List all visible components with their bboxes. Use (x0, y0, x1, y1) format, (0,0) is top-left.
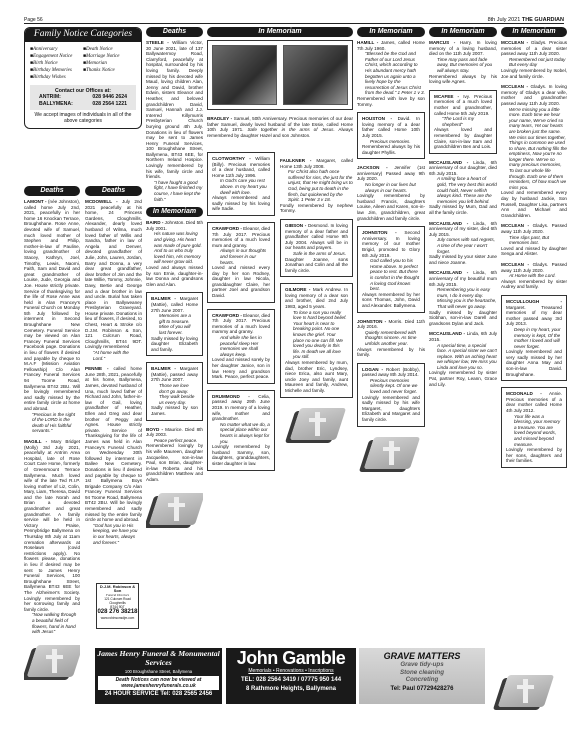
notice-signoff: Sadly missed by daughter Siobhan, son-in… (429, 310, 497, 326)
notice-mccausland-2: MCCAUSLAND - Linda, 6th anniversary of m… (429, 221, 497, 266)
notice-signoff: Loved and always missed by son Ernie, da… (146, 265, 203, 287)
ad-web: www.jameshenryfunerals.co.uk (99, 683, 218, 689)
category-item: Memorian (83, 60, 136, 67)
notice-magill: MAGILL - Mary Bridget (Molly) 3rd July 2… (24, 439, 80, 635)
notice-mcclean-3: MCCLEAN - Gladys. Passed away 11th July … (501, 223, 567, 257)
family-notice-categories: Family Notice Categories Anniversary Dea… (24, 27, 142, 129)
notice-verse: "At home with the Lord." (85, 350, 142, 361)
notice-verse: "Now walking through a beautiful field o… (24, 612, 80, 634)
section-banner-in-memoriam: In Memoriam (501, 27, 567, 37)
in-memoriam-column-5: In Memoriam HAMILL - James, called Home … (357, 27, 425, 639)
bible-icon (361, 433, 421, 475)
notice-verse: "God has you in His keeping, we have you… (85, 523, 142, 545)
notice-verse: Remembering you is easy mum, I do it eve… (429, 287, 497, 309)
notice-signoff: Loved and missed every day by her son Ro… (212, 265, 270, 298)
section-banner-in-memoriam: In Memoriam (357, 27, 425, 37)
notice-crawford-2: CRAWFORD - Eleanor, died 7th July 2017. … (207, 309, 275, 384)
notice-signoff: Always remembered and sadly missed by hi… (212, 195, 270, 211)
notice-gilmore: GILMORE - Mark Andrew. In loving memory … (280, 283, 353, 397)
notice-signoff: Lovingly remembered by sister Pat, partn… (429, 370, 497, 386)
notice-verse: A smiling face a heart of gold, The very… (429, 176, 497, 204)
publication-name: THE GUARDIAN (522, 17, 564, 23)
notice-jackson: JACKSON - Jennifer (1st anniversary) Pas… (357, 165, 425, 221)
notice-mccausland-4: MCCAUSLAND - Linda, 6th July 2015.A spec… (429, 331, 497, 387)
notice-verse: His nature was loving and giving. His he… (146, 231, 203, 265)
page-number: Page 56 (24, 17, 43, 23)
notice-name: BRADLEY - (207, 116, 232, 121)
ad-notice-box: Death Notices can now be viewed at www.j… (98, 676, 219, 690)
notice-signoff: Remembered lovingly by his wife Maureen,… (146, 443, 203, 482)
bible-icon (146, 489, 203, 531)
notice-signoff: Sadly missed by son James. (151, 405, 198, 416)
ad-service: Concreting (359, 676, 485, 684)
ad-john-gamble: John Gamble Memorials • Renovations • In… (226, 648, 356, 704)
notice-name: BALMER - (151, 366, 176, 371)
notice-faulkner: FAULKNER - Margaret, called Home 13th Ju… (280, 158, 353, 214)
notice-name: LOGAN - (362, 367, 383, 372)
section-banner-deaths: Deaths (146, 27, 203, 37)
ad-service: 24 HOUR SERVICE (105, 691, 159, 697)
notice-verse: And while she lies in peaceful sleep Her… (212, 335, 270, 357)
in-memoriam-column-6: In Memoriam MARCUS - Harry. In loving me… (429, 27, 497, 639)
notice-name: MCCLEAN - (501, 262, 529, 267)
notice-signoff: Lovingly remembered by husband Francis, … (357, 193, 425, 220)
notice-verse: No longer in our lives but always in our… (357, 182, 425, 193)
ad-james-henry: James Henry Funeral & Monumental Service… (95, 648, 222, 704)
notice-verse: No matter what we do, a special place wi… (212, 422, 270, 444)
in-memoriam-wide: In Memoriam BRADLEY - Samuel, 50th Anniv… (207, 27, 353, 143)
notice-name: MCCLEAN - (501, 40, 528, 45)
notice-name: BALMER - (151, 296, 176, 301)
notice-text: William Victor, 30 June 2021, late of 13… (146, 40, 203, 179)
ad-services: Memorials • Renovations • Inscriptions (226, 668, 356, 674)
column-1: Family Notice Categories Anniversary Dea… (24, 27, 142, 129)
ad-phone: Tel: 028 2565 2456 (160, 691, 212, 697)
notice-johnston-2: JOHNSTON - Morris. Died 11th July 2016.Q… (357, 319, 425, 358)
notice-verse: Safe together in the arms of Jesus. (247, 127, 334, 132)
notice-name: MCCAUSLAND - (429, 221, 468, 226)
notice-verse: July comes with sad regrets, A time of t… (429, 237, 497, 254)
notice-name: PENNIE - (85, 366, 109, 371)
notice-name: JOHNSTON - (357, 319, 386, 324)
fnc-title: Family Notice Categories (25, 28, 141, 42)
ad-service-line: 24 HOUR SERVICE Tel: 028 2565 2456 (95, 691, 222, 697)
notice-verse: "The Lord is my shepherd" (434, 116, 492, 127)
category-item: Marriage Notice (83, 53, 136, 60)
in-memoriam-column-4: CLOTWORTHY - William (Billy). Precious m… (207, 152, 275, 637)
category-item: Thanks Notice (83, 67, 136, 74)
ad-phone: TEL: 028 2564 3419 / 07775 950 144 (226, 676, 356, 685)
notice-signoff: Lovingly remembered by Isobel, Joe and f… (501, 68, 567, 79)
in-memoriam-column-4b: FAULKNER - Margaret, called Home 13th Ju… (280, 158, 353, 638)
ad-address: 8 Rathmore Heights, Ballymena (226, 685, 356, 694)
notice-signoff: Fondly remembered by nephew Tommy. (280, 203, 353, 214)
page-header: Page 56 8th July 2021 THE GUARDIAN (24, 10, 564, 24)
notice-signoff: Daughter Joanne, sons Jonathan and Colin… (285, 257, 348, 273)
in-memoriam-column-7: In Memoriam MCCLEAN - Gladys. Precious m… (501, 27, 567, 639)
category-item: Anniversary (30, 46, 83, 53)
notice-verse: "I have fought a good fight, I have fini… (146, 180, 203, 202)
notice-name: JOHNSTON - (362, 230, 397, 235)
notice-signoff: Loved and missed sorely by her daughter … (212, 357, 270, 379)
ad-grave-matters: GRAVE MATTERS Grave tidy-ups Stone clean… (359, 648, 485, 704)
section-banner-in-memoriam: In Memoriam (146, 207, 203, 217)
notice-text: (née Johnston), called home July 2nd, 20… (24, 199, 80, 411)
notice-signoff: Remembered with love by son Tommy. (357, 96, 425, 107)
notice-signoff: Always loved and remembered by daughter … (434, 127, 492, 149)
ad-title: GRAVE MATTERS (359, 651, 485, 661)
notice-text: July 2nd 2021 peacefully at his home, 24… (85, 199, 142, 349)
notice-baird: BAIRD - Johnston. Died 5th July 2001.His… (146, 220, 203, 287)
notice-signoff: Lovingly remembered by husband Sammy, so… (212, 444, 270, 466)
notice-name: MCCLEAN - (501, 84, 528, 89)
office-name: BALLYMENA: (39, 101, 73, 108)
fnc-note: We accept images of individuals in all o… (25, 112, 141, 124)
notice-verse: In God's care you rest above. In my hear… (212, 178, 270, 195)
notice-verse: Always in our thoughts and forever in ou… (212, 248, 270, 265)
notice-verse: Remembered not just today But every day (501, 57, 567, 68)
notice-mccullough: MCCULLOUGH - Margaret. Treasured memorie… (501, 295, 567, 381)
bradley-photos (207, 40, 353, 110)
notice-name: CLOTWORTHY - (212, 156, 251, 161)
notice-signoff: Loved and remembered every day by husban… (501, 190, 567, 217)
ad-service: Stone cleaning (359, 669, 485, 677)
notice-name: MCCAUSLAND - (429, 331, 465, 336)
notice-hamill: HAMILL - James, called Home 7th July 196… (357, 40, 425, 107)
section-banner-deaths: Deaths (85, 186, 142, 196)
notice-name: GIBSON - (285, 223, 306, 228)
notice-verse: For Christ also hath once suffered for s… (280, 169, 353, 203)
notice-signoff: Sadly missed by loving daughter Elizabet… (151, 336, 198, 352)
notice-balmer-1: BALMER - Margaret (Mattie), called Home … (146, 292, 203, 356)
deaths-column-1: Deaths LAMONT - (née Johnston), called h… (24, 186, 80, 689)
notice-name: BOYD - (146, 427, 163, 432)
bible-icon (495, 671, 555, 713)
notice-verse: Memories are a gift to treasure. Mine of… (151, 313, 198, 335)
notice-name: STEELE - (146, 40, 169, 45)
notice-text: Mary Bridget (Molly) 3rd July 2021, peac… (24, 439, 80, 612)
category-item: Birthday Wishes (30, 74, 83, 81)
notice-logan: LOGAN - Robert (Bobby), passed away 8th … (357, 363, 425, 427)
notice-name: MAGILL - (24, 439, 47, 444)
notice-name: CRAWFORD - (212, 313, 242, 318)
notice-verse: Those we love don't go away. They walk b… (151, 383, 198, 405)
notice-verse: Time may pass and fade away, But memorie… (429, 57, 497, 74)
notice-mcclean-2: MCCLEAN - Gladys. In loving memory of Gl… (501, 84, 567, 218)
notice-verse: Your life was a blessing, your memory a … (506, 414, 562, 448)
notice-mccausland-3: MCCAUSLAND - Linda, 6th anniversary of m… (429, 270, 497, 326)
ad-service: Grave tidy-ups (359, 661, 485, 669)
notice-mccausland-1: MCCAUSLAND - Linda, 6th anniversary of o… (429, 160, 497, 216)
office-phone: 028 2564 1221 (92, 101, 127, 108)
notice-name: HAMILL - (357, 40, 378, 45)
notice-verse: "Blessed be the God and Father of our Lo… (357, 51, 425, 96)
notice-name: LAMONT - (24, 199, 47, 204)
notice-mcafee: MCAFEE - Ivy. Precious memories of a muc… (429, 90, 497, 154)
notice-name: MCCAUSLAND - (429, 270, 468, 275)
notice-verse: To lose a son you really love Is hard be… (285, 310, 348, 360)
ad-djm-robinson: D.J.M. Robinson & Son Funeral Directors … (96, 583, 139, 629)
notice-name: DRUMMOND - (212, 394, 250, 399)
notice-houston: HOUSTON - David. In loving memory of a d… (357, 112, 425, 159)
notice-signoff: Remembered always by his loving wife Agn… (429, 74, 497, 85)
notice-pennie: PENNIE - called home June 28th, 2021, pe… (85, 366, 142, 545)
section-banner-deaths: Deaths (24, 186, 80, 196)
publication-info: 8th July 2021 THE GUARDIAN (488, 17, 564, 23)
notice-text: Margaret. Treasured memories of my dear … (506, 305, 562, 327)
notice-gibson: GIBSON - Desmond. In loving memory of a … (280, 219, 353, 277)
notice-signoff: Loved and missed by daughter Senga and A… (501, 246, 567, 257)
notice-name: MCDONALD - (506, 391, 542, 396)
notice-name: MARCUS - (429, 40, 455, 45)
notice-name: MCAFEE - (434, 94, 459, 99)
notice-verse: "Precious in the sight of the LORD is th… (24, 412, 80, 434)
notice-boyd: BOYD - Maurice. Died 8th July 2003.Peace… (146, 427, 203, 483)
ad-phone: 028 276 38218 (97, 609, 138, 616)
notice-verse: Quietly remembered with thoughts sincere… (357, 330, 425, 347)
notice-signoff: Sadly missed by Mum, Dad and all the fam… (429, 204, 497, 215)
notice-verse: God called you to his Home above. In per… (362, 258, 420, 292)
notice-name: MCCULLOUGH - (506, 299, 562, 304)
notice-name: MCCLEAN - (501, 223, 529, 228)
notice-mcdonald: MCDONALD - Annie. Precious memories of a… (501, 387, 567, 468)
notice-signoff: Remembered always by his daughter Phylli… (362, 144, 420, 155)
notice-drummond: DRUMMOND - Celia, passed away 29th June … (207, 390, 275, 471)
ad-web: www.robinsonsdjm.com (97, 616, 138, 620)
notice-bradley: BRADLEY - Samuel, 50th Anniversary. Prec… (207, 116, 353, 138)
notice-verse: Time slips past, But memories last. (501, 235, 567, 246)
notice-signoff: Lovingly remembered and sadly missed by … (362, 395, 420, 422)
notice-verse: A special time, a special face. A specia… (429, 343, 497, 371)
notice-signoff: Always remembered by her sons Thomas, Jo… (362, 292, 420, 308)
notice-signoff: Always remembered by sister Audrey and f… (501, 279, 567, 290)
notice-verse: We're missing you a little more. Each ti… (501, 107, 567, 191)
issue-date: 8th July 2021 (488, 17, 521, 23)
category-item: Engagement Notice (30, 53, 83, 60)
bible-icon (287, 404, 347, 446)
ad-address: 100 Broughshane Street, Ballymena (95, 669, 222, 674)
notice-verse: Deep in my heart, your memory is kept, O… (506, 327, 562, 349)
notice-signoff: Sadly missed by your sister June and nie… (429, 254, 497, 265)
bible-icon (24, 641, 80, 683)
deaths-column-2: Deaths MCDOWELL - July 2nd 2021 peaceful… (85, 186, 142, 581)
notice-lamont: LAMONT - (née Johnston), called home Jul… (24, 199, 80, 434)
notice-name: MCDOWELL - (85, 199, 118, 204)
notice-johnston-1: JOHNSTON - Second Anniversary. In loving… (357, 226, 425, 312)
notice-marcus: MARCUS - Harry. In loving memory of a lo… (429, 40, 497, 85)
ad-phone: Tel: Paul 07729428276 (359, 686, 485, 692)
category-item: Birth Notice (30, 60, 83, 67)
notice-signoff: Always remembered by mum, dad, brother E… (285, 360, 348, 393)
ad-name: D.J.M. Robinson & Son (97, 585, 138, 593)
notice-crawford-1: CRAWFORD - Eleanor, died 7th July 2017. … (207, 222, 275, 303)
ad-title: John Gamble (226, 648, 356, 668)
category-item: Death Notice (83, 46, 136, 53)
notice-name: MCCAUSLAND - (429, 160, 468, 165)
family-photo (283, 45, 348, 105)
wedding-photo (212, 45, 277, 105)
notice-steele: STEELE - William Victor, 30 June 2021, l… (146, 40, 203, 202)
notice-clotworthy: CLOTWORTHY - William (Billy). Precious m… (207, 152, 275, 216)
section-banner-in-memoriam: In Memoriam (207, 27, 353, 37)
notice-signoff: Lovingly remembered by her sons, daughte… (506, 447, 562, 463)
notice-name: CRAWFORD - (212, 226, 242, 231)
fnc-category-list: Anniversary Death Notice Engagement Noti… (25, 42, 141, 83)
contact-offices: Contact our Offices at: ANTRIM:028 9446 … (30, 85, 136, 111)
notice-verse: Precious memories silently kept. Of one … (362, 378, 420, 395)
notice-mcclean-4: MCCLEAN - Gladys. Passed away 11th July … (501, 262, 567, 290)
section-banner-in-memoriam: In Memoriam (429, 27, 497, 37)
notice-balmer-2: BALMER - Margaret (Mattie), passed away … (146, 362, 203, 420)
notice-name: HOUSTON - (362, 116, 392, 121)
notice-text: called home June 28th, 2021, peacefully … (85, 366, 142, 522)
notice-mcclean-1: MCCLEAN - Gladys. Precious memories of a… (501, 40, 567, 79)
deaths-column-3: Deaths STEELE - William Victor, 30 June … (146, 27, 203, 637)
ad-title: James Henry Funeral & Monumental Service… (95, 650, 222, 667)
notice-mcdowell: MCDOWELL - July 2nd 2021 peacefully at h… (85, 199, 142, 361)
category-item: Birthday Memories (30, 67, 83, 74)
notice-signoff: Always remembered by his family. (357, 347, 425, 358)
notice-name: JACKSON - (357, 165, 388, 170)
notice-name: BAIRD - (146, 220, 163, 225)
notice-name: GILMORE - (285, 287, 310, 292)
office-ballymena: BALLYMENA:028 2564 1221 (33, 101, 133, 108)
notice-signoff: Lovingly remembered and very sadly misse… (506, 349, 562, 376)
notice-name: FAULKNER - (280, 158, 311, 163)
